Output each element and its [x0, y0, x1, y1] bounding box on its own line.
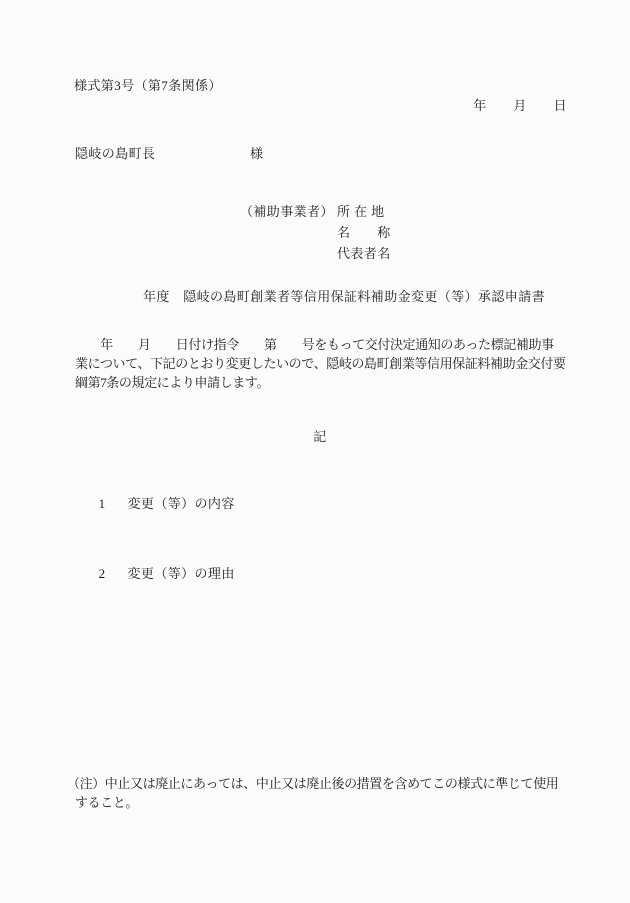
note-line-2: すること。: [75, 795, 138, 811]
name-field-label: 名 称: [337, 225, 391, 241]
item-2: 2変更（等）の理由: [84, 550, 235, 598]
ki-heading: 記: [75, 429, 565, 445]
document-title: 年度 隠岐の島町創業者等信用保証料補助金変更（等）承認申請書: [143, 289, 545, 305]
item-1-number: 1: [99, 496, 106, 511]
note-line-1: （注）中止又は廃止にあっては、中止又は廃止後の措置を含めてこの様式に準じて使用: [67, 776, 558, 792]
form-number-label: 様式第3号（第7条関係）: [74, 78, 222, 94]
representative-field-label: 代表者名: [337, 246, 391, 262]
honorific-label: 様: [250, 146, 263, 162]
item-2-label: 変更（等）の理由: [128, 566, 235, 581]
item-1: 1変更（等）の内容: [84, 480, 235, 528]
item-1-label: 変更（等）の内容: [128, 496, 235, 511]
applicant-section-label: （補助事業者）: [240, 204, 334, 220]
date-line: 年 月 日: [473, 98, 567, 114]
document-page: 様式第3号（第7条関係） 年 月 日 隠岐の島町長 様 （補助事業者） 所 在 …: [0, 0, 630, 903]
address-field-label: 所 在 地: [337, 204, 385, 220]
body-paragraph-line-2: 業について、下記のとおり変更したいので、隠岐の島町創業等信用保証料補助金交付要: [75, 356, 566, 372]
item-2-number: 2: [99, 566, 106, 581]
body-paragraph-line-1: 年 月 日付け指令 第 号をもって交付決定通知のあった標記補助事: [75, 337, 554, 353]
body-paragraph-line-3: 綱第7条の規定により申請します。: [75, 375, 269, 391]
addressee-label: 隠岐の島町長: [75, 146, 155, 162]
